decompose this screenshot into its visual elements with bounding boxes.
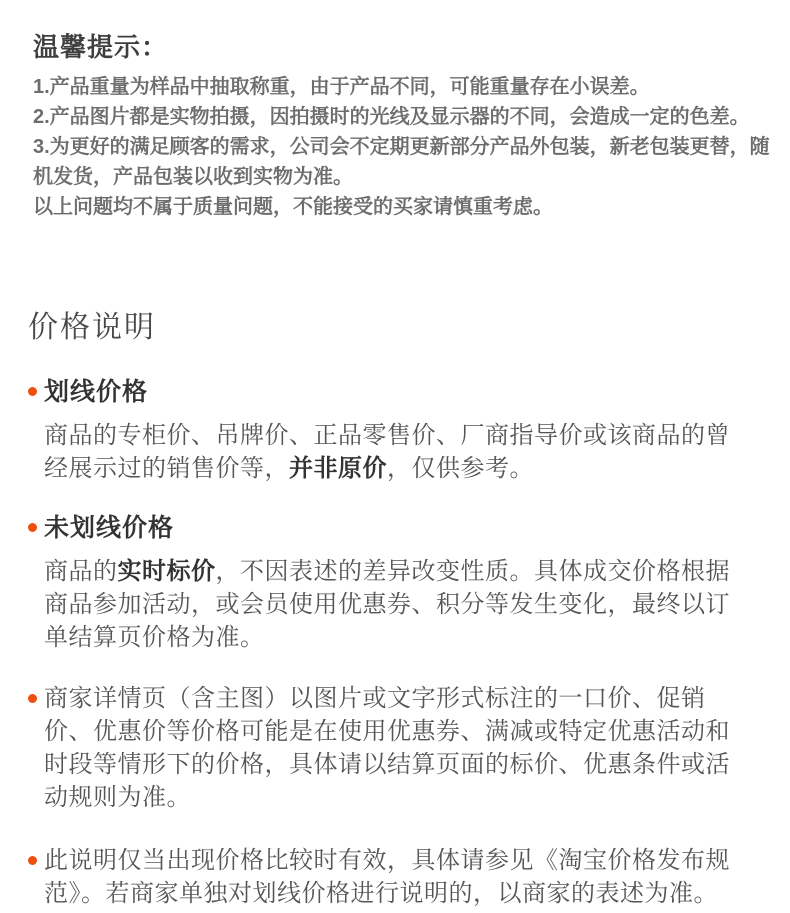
- price-notice-title: 价格说明: [28, 310, 760, 346]
- warm-tips-title: 温馨提示：: [33, 30, 772, 64]
- tip-line-1: 1.产品重量为样品中抽取称重，由于产品不同，可能重量存在小误差。: [33, 72, 772, 102]
- list-item-strikethrough-price: 划线价格 商品的专柜价、吊牌价、正品零售价、厂商指导价或该商品的曾 经展示过的销…: [44, 377, 760, 485]
- item-paragraph: 此说明仅当出现价格比较时有效，具体请参见《淘宝价格发布规 范》。若商家单独对划线…: [44, 844, 760, 910]
- tip-line-4: 以上问题均不属于质量问题，不能接受的买家请慎重考虑。: [33, 192, 772, 222]
- paragraph-text: 商品的: [44, 558, 118, 585]
- bullet-dot-icon: [28, 523, 37, 532]
- paragraph-text: ，仅供参考。: [387, 455, 534, 482]
- bullet-dot-icon: [28, 694, 37, 703]
- bullet-dot-icon: [28, 387, 37, 396]
- price-notice-section: 价格说明 划线价格 商品的专柜价、吊牌价、正品零售价、厂商指导价或该商品的曾 经…: [0, 310, 790, 910]
- item-heading: 未划线价格: [44, 513, 760, 543]
- list-item-price-comparison-note: 此说明仅当出现价格比较时有效，具体请参见《淘宝价格发布规 范》。若商家单独对划线…: [44, 844, 760, 910]
- tip-line-3: 3.为更好的满足顾客的需求，公司会不定期更新部分产品外包装，新老包装更替，随 机…: [33, 132, 772, 192]
- warm-tips-section: 温馨提示： 1.产品重量为样品中抽取称重，由于产品不同，可能重量存在小误差。 2…: [0, 0, 790, 222]
- item-paragraph: 商品的实时标价，不因表述的差异改变性质。具体成交价格根据 商品参加活动，或会员使…: [44, 555, 760, 654]
- list-item-unstruck-price: 未划线价格 商品的实时标价，不因表述的差异改变性质。具体成交价格根据 商品参加活…: [44, 513, 760, 654]
- bullet-dot-icon: [28, 856, 37, 865]
- price-notice-list: 划线价格 商品的专柜价、吊牌价、正品零售价、厂商指导价或该商品的曾 经展示过的销…: [28, 377, 760, 910]
- item-paragraph: 商品的专柜价、吊牌价、正品零售价、厂商指导价或该商品的曾 经展示过的销售价等，并…: [44, 419, 760, 485]
- paragraph-emphasis: 实时标价: [118, 558, 216, 585]
- tip-line-2: 2.产品图片都是实物拍摄，因拍摄时的光线及显示器的不同，会造成一定的色差。: [33, 102, 772, 132]
- item-heading: 划线价格: [44, 377, 760, 407]
- list-item-merchant-detail-price: 商家详情页（含主图）以图片或文字形式标注的一口价、促销 价、优惠价等价格可能是在…: [44, 682, 760, 814]
- item-paragraph: 商家详情页（含主图）以图片或文字形式标注的一口价、促销 价、优惠价等价格可能是在…: [44, 682, 760, 814]
- product-detail-notice-page: 温馨提示： 1.产品重量为样品中抽取称重，由于产品不同，可能重量存在小误差。 2…: [0, 0, 790, 913]
- paragraph-emphasis: 并非原价: [289, 455, 387, 482]
